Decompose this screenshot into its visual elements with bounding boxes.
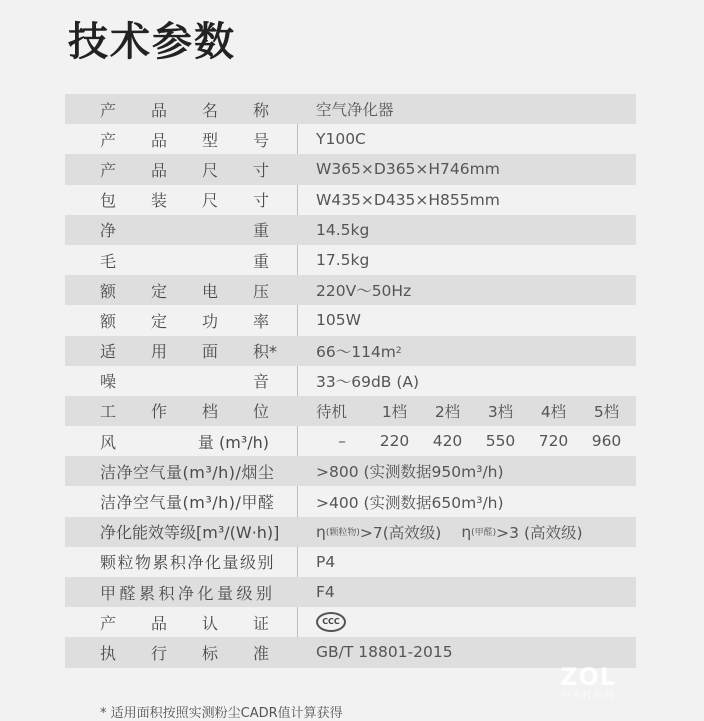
spec-row-area: 适用面积* 66～114m2: [65, 336, 636, 366]
spec-row-model: 产品型号 Y100C: [65, 124, 636, 154]
label-char: 毛: [100, 249, 116, 272]
label-char: 品: [151, 611, 167, 634]
label-char: 工: [100, 399, 116, 422]
label-char: 寸: [253, 188, 269, 211]
airflow-cell: 420: [421, 432, 474, 450]
label-char: 噪: [100, 369, 116, 392]
label-char: 行: [151, 641, 167, 664]
row-value: 空气净化器: [297, 98, 394, 120]
row-label: 产品名称: [65, 98, 297, 121]
spec-row-product-size: 产品尺寸 W365×D365×H746mm: [65, 154, 636, 184]
row-value: >400 (实测数据650m³/h): [297, 491, 504, 513]
label-char: 率: [253, 309, 269, 332]
spec-table: 产品名称 空气净化器 产品型号 Y100C 产品尺寸 W365×D365×H74…: [65, 94, 636, 668]
label-char: 档: [202, 399, 218, 422]
label-char: 压: [253, 279, 269, 302]
footnote: * 适用面积按照实测粉尘CADR值计算获得: [100, 702, 343, 721]
row-value: 33～69dB (A): [297, 370, 419, 392]
label-char: 执: [100, 641, 116, 664]
label-char: 包: [100, 188, 116, 211]
airflow-cell: –: [316, 432, 368, 450]
row-label: 工作档位: [65, 399, 297, 422]
spec-row-formaldehyde-cumulative: 甲醛累积净化量级别 F4: [65, 577, 636, 607]
label-char: 尺: [202, 158, 218, 181]
value-text: 66～114m: [316, 340, 396, 362]
row-label: 噪音: [65, 369, 297, 392]
row-value: W435×D435×H855mm: [297, 191, 500, 209]
label-char: 品: [151, 158, 167, 181]
watermark-logo: ZOL 中关村在线: [560, 666, 616, 701]
page-title: 技术参数: [68, 14, 236, 70]
spec-row-gear-levels: 工作档位 待机1档2档3档4档5档: [65, 396, 636, 426]
row-value: η(颗粒物)>7(高效级) η(甲醛)>3 (高效级): [297, 521, 583, 543]
label-char: 额: [100, 279, 116, 302]
gear-cell: 3档: [474, 400, 527, 422]
row-value: W365×D365×H746mm: [297, 160, 500, 178]
row-value: P4: [297, 553, 335, 571]
gear-list: 待机1档2档3档4档5档: [297, 400, 633, 422]
label-char: 风: [100, 430, 116, 453]
label-char: 准: [253, 641, 269, 664]
label-char: 称: [253, 98, 269, 121]
airflow-cell: 960: [580, 432, 633, 450]
label-char: 号: [253, 128, 269, 151]
spec-row-airflow: 风量 (m³/h) –220420550720960: [65, 426, 636, 456]
superscript: 2: [396, 346, 402, 356]
label-char: 面: [202, 339, 218, 362]
row-value: Y100C: [297, 130, 366, 148]
spec-row-cadr-smoke: 洁净空气量(m³/h)/烟尘 >800 (实测数据950m³/h): [65, 456, 636, 486]
label-char: 认: [202, 611, 218, 634]
label-char: 品: [151, 128, 167, 151]
label-char: 产: [100, 128, 116, 151]
spec-row-rated-voltage: 额定电压 220V～50Hz: [65, 275, 636, 305]
gear-cell: 待机: [316, 400, 368, 422]
label-char: 积*: [253, 339, 277, 362]
row-value: F4: [297, 583, 335, 601]
spec-row-gross-weight: 毛重 17.5kg: [65, 245, 636, 275]
spec-row-package-size: 包装尺寸 W435×D435×H855mm: [65, 185, 636, 215]
row-label: 产品型号: [65, 128, 297, 151]
subscript: (甲醛): [471, 525, 496, 538]
label-char: 重: [253, 218, 269, 241]
label-char: 证: [253, 611, 269, 634]
row-value: >800 (实测数据950m³/h): [297, 460, 504, 482]
label-char: 装: [151, 188, 167, 211]
row-label: 产品尺寸: [65, 158, 297, 181]
label-char: 名: [202, 98, 218, 121]
row-value: 105W: [297, 311, 361, 329]
label-char: 重: [253, 249, 269, 272]
row-label: 毛重: [65, 249, 297, 272]
label-char: 品: [151, 98, 167, 121]
label-char: 标: [202, 641, 218, 664]
row-label: 额定功率: [65, 309, 297, 332]
label-char: 功: [202, 309, 218, 332]
row-value: GB/T 18801-2015: [297, 643, 453, 661]
label-char: 寸: [253, 158, 269, 181]
spec-row-standard: 执行标准 GB/T 18801-2015: [65, 637, 636, 667]
row-value: CCC: [297, 612, 346, 632]
spec-row-rated-power: 额定功率 105W: [65, 305, 636, 335]
formaldehyde-efficiency: >3 (高效级): [496, 521, 582, 543]
label-char: 音: [253, 369, 269, 392]
spec-row-efficiency: 净化能效等级[m³/(W·h)] η(颗粒物)>7(高效级) η(甲醛)>3 (…: [65, 517, 636, 547]
watermark-sub: 中关村在线: [560, 688, 616, 701]
airflow-cell: 550: [474, 432, 527, 450]
row-label: 额定电压: [65, 279, 297, 302]
row-label: 甲醛累积净化量级别: [65, 581, 297, 604]
label-char: 位: [253, 399, 269, 422]
row-label: 洁净空气量(m³/h)/甲醛: [65, 490, 297, 513]
label-char: 产: [100, 611, 116, 634]
spec-row-cadr-formaldehyde: 洁净空气量(m³/h)/甲醛 >400 (实测数据650m³/h): [65, 486, 636, 516]
label-char: 产: [100, 158, 116, 181]
spec-row-certification: 产品认证 CCC: [65, 607, 636, 637]
spec-row-particle-cumulative: 颗粒物累积净化量级别 P4: [65, 547, 636, 577]
watermark-brand: ZOL: [560, 666, 616, 688]
row-label: 净重: [65, 218, 297, 241]
row-label: 产品认证: [65, 611, 297, 634]
spec-row-product-name: 产品名称 空气净化器: [65, 94, 636, 124]
label-char: 适: [100, 339, 116, 362]
row-label: 适用面积*: [65, 339, 297, 362]
label-char: 电: [202, 279, 218, 302]
particle-efficiency: >7(高效级): [360, 521, 441, 543]
label-char: 型: [202, 128, 218, 151]
subscript: (颗粒物): [326, 525, 360, 538]
spec-row-noise: 噪音 33～69dB (A): [65, 366, 636, 396]
gear-cell: 2档: [421, 400, 474, 422]
airflow-cell: 220: [368, 432, 421, 450]
label-char: 量 (m³/h): [198, 430, 269, 453]
row-value: 66～114m2: [297, 340, 402, 362]
label-char: 用: [151, 339, 167, 362]
row-label: 执行标准: [65, 641, 297, 664]
ccc-cert-icon: CCC: [316, 612, 346, 632]
spec-row-net-weight: 净重 14.5kg: [65, 215, 636, 245]
gear-cell: 5档: [580, 400, 633, 422]
label-char: 净: [100, 218, 116, 241]
eta-symbol: η: [461, 523, 471, 541]
label-char: 额: [100, 309, 116, 332]
airflow-cell: 720: [527, 432, 580, 450]
row-value: 14.5kg: [297, 221, 369, 239]
gear-cell: 4档: [527, 400, 580, 422]
label-char: 定: [151, 279, 167, 302]
label-char: 产: [100, 98, 116, 121]
row-label: 颗粒物累积净化量级别: [65, 550, 297, 573]
label-char: 作: [151, 399, 167, 422]
row-value: 17.5kg: [297, 251, 369, 269]
row-label: 洁净空气量(m³/h)/烟尘: [65, 460, 297, 483]
label-char: 尺: [202, 188, 218, 211]
row-label: 风量 (m³/h): [65, 430, 297, 453]
row-label: 净化能效等级[m³/(W·h)]: [65, 520, 297, 543]
label-char: 定: [151, 309, 167, 332]
airflow-list: –220420550720960: [297, 432, 633, 450]
eta-symbol: η: [316, 523, 326, 541]
gear-cell: 1档: [368, 400, 421, 422]
row-label: 包装尺寸: [65, 188, 297, 211]
row-value: 220V～50Hz: [297, 279, 411, 301]
